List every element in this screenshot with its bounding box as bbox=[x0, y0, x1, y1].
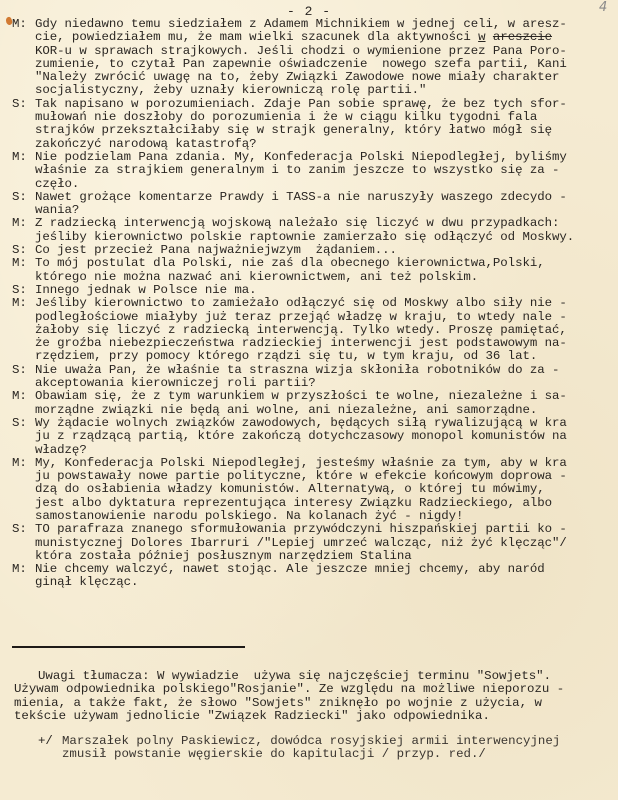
dialogue-turn: M:Obawiam się, że z tym warunkiem w przy… bbox=[0, 390, 618, 417]
struck-text: areszcie bbox=[493, 30, 552, 44]
dialogue-turn: S:TO parafraza znanego sformułowania prz… bbox=[0, 523, 618, 563]
dialogue-line: którego nie można nazwać ani kierownictw… bbox=[35, 271, 618, 284]
dialogue-line: samostanowienie narodu polskiego. Na kol… bbox=[35, 510, 618, 523]
dialogue-line: ju z rządzącą partią, które zakończą dot… bbox=[35, 430, 618, 443]
text-segment: mułowań nie doszłoby do porozumienia i ż… bbox=[35, 110, 537, 124]
dialogue-line: Jeśliby kierownictwo to zamieżało odłącz… bbox=[35, 297, 618, 310]
dialogue-line: Nie uważa Pan, że właśnie ta straszna wi… bbox=[35, 364, 618, 377]
dialogue-turn: M:Nie podzielam Pana zdania. My, Konfede… bbox=[0, 151, 618, 191]
translator-note-line: tekście używam jednolicie "Związek Radzi… bbox=[14, 710, 618, 723]
translator-note-line: Używam odpowiednika polskiego"Rosjanie".… bbox=[14, 683, 618, 696]
text-segment: KOR-u w sprawach strajkowych. Jeśli chod… bbox=[35, 44, 567, 58]
text-segment: rzędziem, przy pomocy którego rządzi się… bbox=[35, 349, 537, 363]
text-segment: Nawet grożące komentarze Prawdy i TASS-a… bbox=[35, 190, 567, 204]
dialogue-turn: S:Nie uważa Pan, że właśnie ta straszna … bbox=[0, 364, 618, 391]
text-segment: TO parafraza znanego sformułowania przyw… bbox=[35, 522, 567, 536]
dialogue-line: Wy żądacie wolnych związków zawodowych, … bbox=[35, 417, 618, 430]
text-segment: że groźba niebezpieczeństwa radzieckiej … bbox=[35, 336, 567, 350]
text-segment: ginął klęcząc. bbox=[35, 575, 138, 589]
dialogue-turn: M:Nie chcemy walczyć, nawet stojąc. Ale … bbox=[0, 563, 618, 590]
text-segment: ju z rządzącą partią, które zakończą dot… bbox=[35, 429, 567, 443]
text-segment: żałoby się liczyć z radziecką interwencj… bbox=[35, 323, 567, 337]
speaker-label: M: bbox=[12, 257, 27, 270]
text-segment: jeśliby kierownictwo polskie raptownie z… bbox=[35, 230, 574, 244]
dialogue-line: rzędziem, przy pomocy którego rządzi się… bbox=[35, 350, 618, 363]
translator-note-line: mienia, a także fakt, że słowo "Sowjets"… bbox=[14, 697, 618, 710]
speaker-label: S: bbox=[12, 244, 27, 257]
text-segment bbox=[486, 30, 493, 44]
dialogue-turn: M:Jeśliby kierownictwo to zamieżało odłą… bbox=[0, 297, 618, 363]
text-segment: Tak napisano w porozumieniach. Zdaje Pan… bbox=[35, 97, 567, 111]
dialogue-line: mułowań nie doszłoby do porozumienia i ż… bbox=[35, 111, 618, 124]
typewritten-page: - 2 - 4 M:Gdy niedawno temu siedziałem z… bbox=[0, 0, 618, 800]
text-segment: częło. bbox=[35, 177, 79, 191]
speaker-label: S: bbox=[12, 417, 27, 430]
dialogue-line: My, Konfederacja Polski Niepodległej, je… bbox=[35, 457, 618, 470]
text-segment: "Należy zwrócić uwagę na to, żeby Związk… bbox=[35, 70, 559, 84]
pencil-page-annotation: 4 bbox=[599, 0, 607, 15]
text-segment: Innego jednak w Polsce nie ma. bbox=[35, 283, 257, 297]
dialogue-line: właśnie za strajkiem generalnym i to zan… bbox=[35, 164, 618, 177]
text-segment: ju powstawały nowe partie polityczne, kt… bbox=[35, 469, 567, 483]
text-segment: My, Konfederacja Polski Niepodległej, je… bbox=[35, 456, 567, 470]
text-segment: akceptowania kierowniczej roli partii? bbox=[35, 376, 316, 390]
speaker-label: M: bbox=[12, 457, 27, 470]
text-segment: podległościowe miałyby już teraz przejąć… bbox=[35, 310, 567, 324]
dialogue-line: Innego jednak w Polsce nie ma. bbox=[35, 284, 618, 297]
dialogue-line: "Należy zwrócić uwagę na to, żeby Związk… bbox=[35, 71, 618, 84]
underlined-text: w bbox=[478, 30, 485, 44]
speaker-label: S: bbox=[12, 98, 27, 111]
text-segment: Gdy niedawno temu siedziałem z Adamem Mi… bbox=[35, 17, 567, 31]
footnote-line: Marszałek polny Paskiewicz, dowódca rosy… bbox=[62, 735, 618, 748]
text-segment: cie, powiedziałem mu, że mam wielki szac… bbox=[35, 30, 478, 44]
text-segment: która została później posłusznym narzędz… bbox=[35, 549, 412, 563]
dialogue-line: Tak napisano w porozumieniach. Zdaje Pan… bbox=[35, 98, 618, 111]
dialogue-line: Z radziecką interwencją wojskową należał… bbox=[35, 217, 618, 230]
dialogue-line: Obawiam się, że z tym warunkiem w przysz… bbox=[35, 390, 618, 403]
dialogue-line: wania? bbox=[35, 204, 618, 217]
speaker-label: M: bbox=[12, 297, 27, 310]
dialogue-line: która została później posłusznym narzędz… bbox=[35, 550, 618, 563]
dialogue-line: jeśliby kierownictwo polskie raptownie z… bbox=[35, 231, 618, 244]
dialogue-line: socjalistyczny, żeby uznały kierowniczą … bbox=[35, 84, 618, 97]
dialogue-turn: M:My, Konfederacja Polski Niepodległej, … bbox=[0, 457, 618, 523]
text-segment: Jeśliby kierownictwo to zamieżało odłącz… bbox=[35, 296, 567, 310]
footnote-marker: +/ bbox=[38, 735, 53, 748]
translator-note-line: Uwagi tłumacza: W wywiadzie używa się na… bbox=[38, 670, 618, 683]
text-segment: socjalistyczny, żeby uznały kierowniczą … bbox=[35, 83, 426, 97]
text-segment: wania? bbox=[35, 203, 79, 217]
text-segment: zakończyć narodową katastrofą? bbox=[35, 137, 257, 151]
text-segment: zumienie, to czytał Pan zapewnie oświadc… bbox=[35, 57, 567, 71]
dialogue-line: KOR-u w sprawach strajkowych. Jeśli chod… bbox=[35, 45, 618, 58]
dialogue-turn: M:Z radziecką interwencją wojskową należ… bbox=[0, 217, 618, 244]
text-segment: strajków przekształciłaby się w strajk g… bbox=[35, 123, 552, 137]
footnote-separator-rule bbox=[12, 646, 245, 648]
dialogue-line: strajków przekształciłaby się w strajk g… bbox=[35, 124, 618, 137]
dialogue-turn: S:Co jest przecież Pana najważniejwzym ż… bbox=[0, 244, 618, 257]
dialogue-turn: S:Nawet grożące komentarze Prawdy i TASS… bbox=[0, 191, 618, 218]
dialogue-line: cie, powiedziałem mu, że mam wielki szac… bbox=[35, 31, 618, 44]
dialogue-line: ju powstawały nowe partie polityczne, kt… bbox=[35, 470, 618, 483]
text-segment: To mój postulat dla Polski, nie zaś dla … bbox=[35, 256, 545, 270]
text-segment: właśnie za strajkiem generalnym i to zan… bbox=[35, 163, 559, 177]
text-segment: Co jest przecież Pana najważniejwzym żąd… bbox=[35, 243, 397, 257]
dialogue-line: że groźba niebezpieczeństwa radzieckiej … bbox=[35, 337, 618, 350]
text-segment: władzę? bbox=[35, 443, 87, 457]
dialogue-line: dzą do osłabienia władzy komunistów. Alt… bbox=[35, 483, 618, 496]
speaker-label: S: bbox=[12, 523, 27, 536]
dialogue-turn: S:Innego jednak w Polsce nie ma. bbox=[0, 284, 618, 297]
dialogue-line: zakończyć narodową katastrofą? bbox=[35, 138, 618, 151]
text-segment: jest albo dyktatura reprezentująca inter… bbox=[35, 496, 552, 510]
dialogue-turn: M:Gdy niedawno temu siedziałem z Adamem … bbox=[0, 18, 618, 98]
text-segment: Nie podzielam Pana zdania. My, Konfedera… bbox=[35, 150, 567, 164]
text-segment: Nie uważa Pan, że właśnie ta straszna wi… bbox=[35, 363, 559, 377]
dialogue-line: Gdy niedawno temu siedziałem z Adamem Mi… bbox=[35, 18, 618, 31]
dialogue-line: ginął klęcząc. bbox=[35, 576, 618, 589]
dialogue-line: jest albo dyktatura reprezentująca inter… bbox=[35, 497, 618, 510]
interview-dialogue: M:Gdy niedawno temu siedziałem z Adamem … bbox=[0, 18, 618, 590]
text-segment: Z radziecką interwencją wojskową należał… bbox=[35, 216, 559, 230]
dialogue-line: munistycznej Dolores Ibarruri /"Lepiej u… bbox=[35, 537, 618, 550]
dialogue-line: władzę? bbox=[35, 444, 618, 457]
text-segment: Obawiam się, że z tym warunkiem w przysz… bbox=[35, 389, 567, 403]
dialogue-line: podległościowe miałyby już teraz przejąć… bbox=[35, 311, 618, 324]
dialogue-line: To mój postulat dla Polski, nie zaś dla … bbox=[35, 257, 618, 270]
dialogue-line: Nawet grożące komentarze Prawdy i TASS-a… bbox=[35, 191, 618, 204]
footnote-line: zmusił powstanie węgierskie do kapitulac… bbox=[62, 748, 618, 761]
speaker-label: S: bbox=[12, 191, 27, 204]
dialogue-line: morządne związki nie będą ani wolne, ani… bbox=[35, 404, 618, 417]
dialogue-line: zumienie, to czytał Pan zapewnie oświadc… bbox=[35, 58, 618, 71]
dialogue-line: Co jest przecież Pana najważniejwzym żąd… bbox=[35, 244, 618, 257]
speaker-label: M: bbox=[12, 563, 27, 576]
dialogue-turn: S:Tak napisano w porozumieniach. Zdaje P… bbox=[0, 98, 618, 151]
dialogue-turn: S:Wy żądacie wolnych związków zawodowych… bbox=[0, 417, 618, 457]
dialogue-line: żałoby się liczyć z radziecką interwencj… bbox=[35, 324, 618, 337]
dialogue-turn: M:To mój postulat dla Polski, nie zaś dl… bbox=[0, 257, 618, 284]
text-segment: Nie chcemy walczyć, nawet stojąc. Ale je… bbox=[35, 562, 545, 576]
speaker-label: M: bbox=[12, 151, 27, 164]
speaker-label: M: bbox=[12, 217, 27, 230]
translator-notes: Uwagi tłumacza: W wywiadzie używa się na… bbox=[0, 670, 618, 723]
dialogue-line: Nie podzielam Pana zdania. My, Konfedera… bbox=[35, 151, 618, 164]
dialogue-line: częło. bbox=[35, 178, 618, 191]
dialogue-line: TO parafraza znanego sformułowania przyw… bbox=[35, 523, 618, 536]
speaker-label: S: bbox=[12, 364, 27, 377]
speaker-label: S: bbox=[12, 284, 27, 297]
text-segment: morządne związki nie będą ani wolne, ani… bbox=[35, 403, 537, 417]
text-segment: Wy żądacie wolnych związków zawodowych, … bbox=[35, 416, 567, 430]
text-segment: którego nie można nazwać ani kierownictw… bbox=[35, 270, 478, 284]
speaker-label: M: bbox=[12, 18, 27, 31]
dialogue-line: Nie chcemy walczyć, nawet stojąc. Ale je… bbox=[35, 563, 618, 576]
text-segment: munistycznej Dolores Ibarruri /"Lepiej u… bbox=[35, 536, 567, 550]
speaker-label: M: bbox=[12, 390, 27, 403]
text-segment: samostanowienie narodu polskiego. Na kol… bbox=[35, 509, 463, 523]
dialogue-line: akceptowania kierowniczej roli partii? bbox=[35, 377, 618, 390]
editor-footnote: +/ Marszałek polny Paskiewicz, dowódca r… bbox=[0, 735, 618, 762]
text-segment: dzą do osłabienia władzy komunistów. Alt… bbox=[35, 482, 545, 496]
